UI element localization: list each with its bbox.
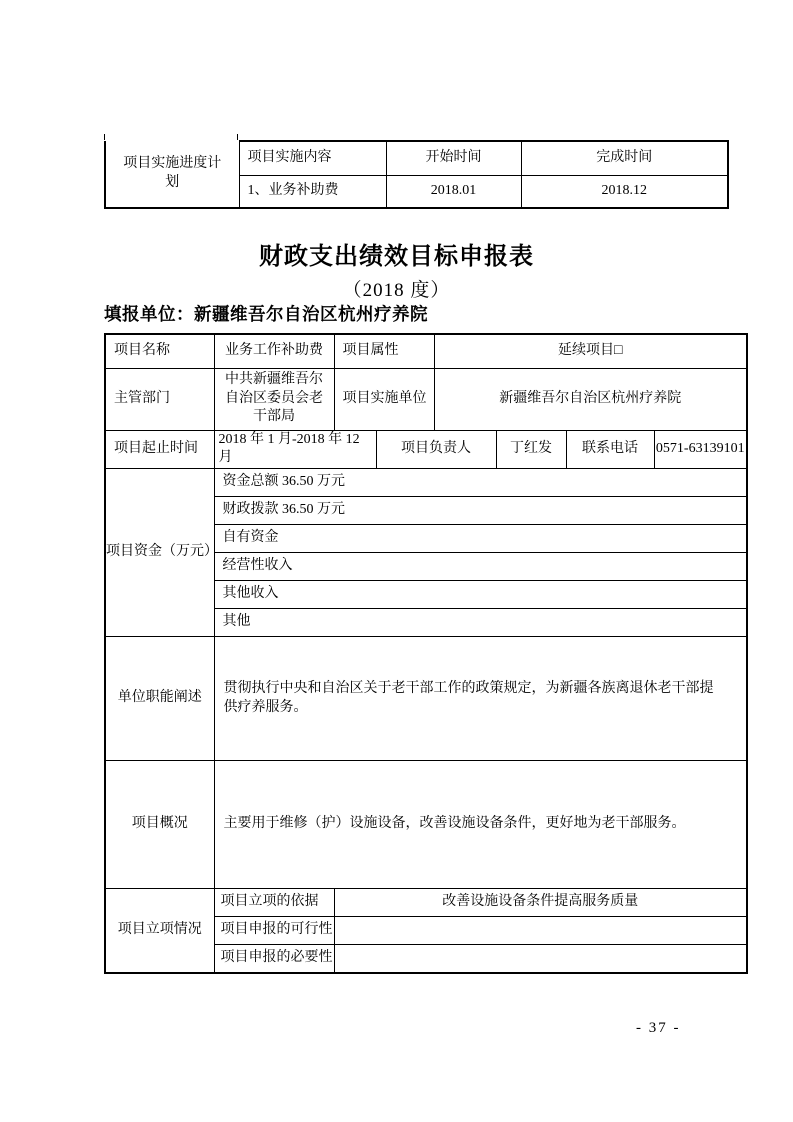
field-impl-unit-label: 项目实施单位 xyxy=(334,368,434,430)
field-approval-label: 项目立项情况 xyxy=(105,889,214,973)
field-funds-label: 项目资金（万元） xyxy=(105,469,214,637)
field-dept-label: 主管部门 xyxy=(105,368,214,430)
document-page: 项目实施进度计划 项目实施内容 开始时间 完成时间 1、业务补助费 2018.0… xyxy=(0,0,793,1122)
fund-row-total: 资金总额 36.50 万元 xyxy=(214,469,747,497)
approval-necessity-value xyxy=(334,945,747,973)
field-period-value: 2018 年 1 月-2018 年 12 月 xyxy=(214,430,376,469)
field-period-label: 项目起止时间 xyxy=(105,430,214,469)
field-phone-value: 0571-63139101 xyxy=(654,430,747,469)
fund-row-other: 其他 xyxy=(214,609,747,637)
field-project-name-label: 项目名称 xyxy=(105,334,214,368)
field-unit-function-label: 单位职能阐述 xyxy=(105,637,214,761)
progress-schedule-table: 项目实施进度计划 项目实施内容 开始时间 完成时间 1、业务补助费 2018.0… xyxy=(104,140,729,209)
progress-item-start: 2018.01 xyxy=(386,175,521,208)
approval-basis-label: 项目立项的依据 xyxy=(214,889,334,917)
reporting-unit-line: 填报单位：新疆维吾尔自治区杭州疗养院 xyxy=(104,301,428,326)
field-dept-value: 中共新疆维吾尔自治区委员会老干部局 xyxy=(214,368,334,430)
fund-row-own: 自有资金 xyxy=(214,525,747,553)
field-leader-value: 丁红发 xyxy=(496,430,566,469)
approval-feasibility-value xyxy=(334,917,747,945)
field-unit-function-value: 贯彻执行中央和自治区关于老干部工作的政策规定，为新疆各族离退休老干部提供疗养服务… xyxy=(214,637,747,761)
approval-basis-value: 改善设施设备条件提高服务质量 xyxy=(334,889,747,917)
field-overview-label: 项目概况 xyxy=(105,761,214,889)
fund-row-operating: 经营性收入 xyxy=(214,553,747,581)
field-impl-unit-value: 新疆维吾尔自治区杭州疗养院 xyxy=(434,368,747,430)
field-phone-label: 联系电话 xyxy=(566,430,654,469)
fund-row-other-income: 其他收入 xyxy=(214,581,747,609)
page-subtitle-year: （2018 度） xyxy=(0,275,793,302)
field-project-attr-value: 延续项目□ xyxy=(434,334,747,368)
field-project-name-value: 业务工作补助费 xyxy=(214,334,334,368)
page-title: 财政支出绩效目标申报表 xyxy=(0,236,793,271)
approval-necessity-label: 项目申报的必要性 xyxy=(214,945,334,973)
field-overview-value: 主要用于维修（护）设施设备，改善设施设备条件，更好地为老干部服务。 xyxy=(214,761,747,889)
field-project-attr-label: 项目属性 xyxy=(334,334,434,368)
declaration-form-table: 项目名称 业务工作补助费 项目属性 延续项目□ 主管部门 中共新疆维吾尔自治区委… xyxy=(104,333,748,974)
fund-row-fiscal: 财政拨款 36.50 万元 xyxy=(214,497,747,525)
field-leader-label: 项目负责人 xyxy=(376,430,496,469)
progress-header-content: 项目实施内容 xyxy=(239,141,386,175)
progress-item-finish: 2018.12 xyxy=(521,175,728,208)
progress-header-finish-time: 完成时间 xyxy=(521,141,728,175)
progress-header-start-time: 开始时间 xyxy=(386,141,521,175)
page-number: - 37 - xyxy=(636,1020,681,1037)
progress-item-name: 1、业务补助费 xyxy=(239,175,386,208)
approval-feasibility-label: 项目申报的可行性 xyxy=(214,917,334,945)
progress-row-label: 项目实施进度计划 xyxy=(105,141,239,208)
